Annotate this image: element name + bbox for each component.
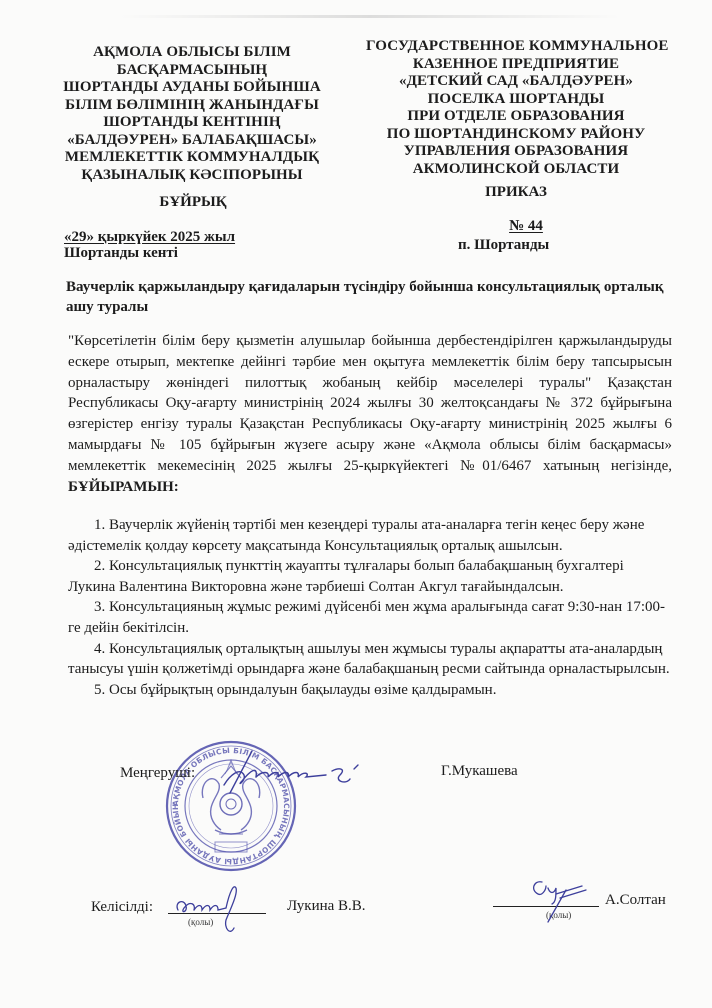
header-line: ҚАЗЫНАЛЫҚ КӘСІПОРЫНЫ (54, 167, 330, 185)
scan-artifact (120, 15, 620, 18)
signer2-name: А.Солтан (605, 892, 666, 909)
order-item: 5. Осы бұйрықтың орындалуын бақылауды өз… (68, 680, 674, 701)
order-date: «29» қыркүйек 2025 жыл (64, 229, 235, 246)
order-item: 4. Консультациялық орталықтың ашылуы мен… (68, 639, 674, 680)
header-line: КАЗЕННОЕ ПРЕДПРИЯТИЕ (366, 56, 666, 74)
header-line: «БАЛДӘУРЕН» БАЛАБАҚШАСЫ» (54, 132, 330, 150)
order-item: 2. Консультациялық пункттің жауапты тұлғ… (68, 556, 674, 597)
header-line: ПО ШОРТАНДИНСКОМУ РАЙОНУ (366, 126, 666, 144)
signer1-name: Лукина В.В. (287, 898, 366, 915)
header-line: ПОСЕЛКА ШОРТАНДЫ (366, 91, 666, 109)
header-line: ШОРТАНДЫ АУДАНЫ БОЙЫНША (54, 79, 330, 97)
head-label: Меңгерушi: (120, 765, 195, 782)
header-line: УПРАВЛЕНИЯ ОБРАЗОВАНИЯ (366, 143, 666, 161)
soltan-signature-icon (520, 872, 600, 928)
order-items: 1. Ваучерлік жүйенің тәртібі мен кезеңде… (68, 515, 674, 700)
header-line: АКМОЛИНСКОЙ ОБЛАСТИ (366, 161, 666, 179)
order-title-russian: ПРИКАЗ (456, 184, 576, 201)
preamble-emphasis: БҰЙЫРАМЫН: (68, 479, 179, 495)
order-preamble: "Көрсетілетін білім беру қызметін алушыл… (68, 331, 672, 497)
agreed-label: Келiсiлдi: (91, 899, 153, 916)
order-title-kazakh: БҰЙРЫҚ (108, 194, 278, 211)
header-line: ГОСУДАРСТВЕННОЕ КОММУНАЛЬНОЕ (366, 38, 666, 56)
header-russian: ГОСУДАРСТВЕННОЕ КОММУНАЛЬНОЕ КАЗЕННОЕ ПР… (366, 38, 666, 178)
lukina-signature-icon (168, 880, 248, 940)
head-signature-icon (200, 745, 370, 800)
order-place-kazakh: Шортанды кенті (64, 245, 178, 262)
head-name: Г.Мукашева (441, 763, 518, 780)
preamble-text: "Көрсетілетін білім беру қызметін алушыл… (68, 333, 672, 474)
header-line: ПРИ ОТДЕЛЕ ОБРАЗОВАНИЯ (366, 108, 666, 126)
header-line: МЕМЛЕКЕТТІК КОММУНАЛДЫҚ (54, 149, 330, 167)
header-line: «ДЕТСКИЙ САД «БАЛДӘУРЕН» (366, 73, 666, 91)
header-line: ШОРТАНДЫ КЕНТІНІҢ (54, 114, 330, 132)
header-line: АҚМОЛА ОБЛЫСЫ БІЛІМ (54, 44, 330, 62)
order-number: № 44 (476, 218, 576, 235)
order-place-russian: п. Шортанды (458, 237, 549, 254)
order-item: 3. Консультацияның жұмыс режимі дүйсенбі… (68, 597, 674, 638)
order-subject: Ваучерлік қаржыландыру қағидаларын түсін… (66, 277, 678, 317)
header-line: БІЛІМ БӨЛІМІНІҢ ЖАНЫНДАҒЫ (54, 97, 330, 115)
header-line: БАСҚАРМАСЫНЫҢ (54, 62, 330, 80)
header-kazakh: АҚМОЛА ОБЛЫСЫ БІЛІМ БАСҚАРМАСЫНЫҢ ШОРТАН… (54, 44, 330, 184)
order-item: 1. Ваучерлік жүйенің тәртібі мен кезеңде… (68, 515, 674, 556)
